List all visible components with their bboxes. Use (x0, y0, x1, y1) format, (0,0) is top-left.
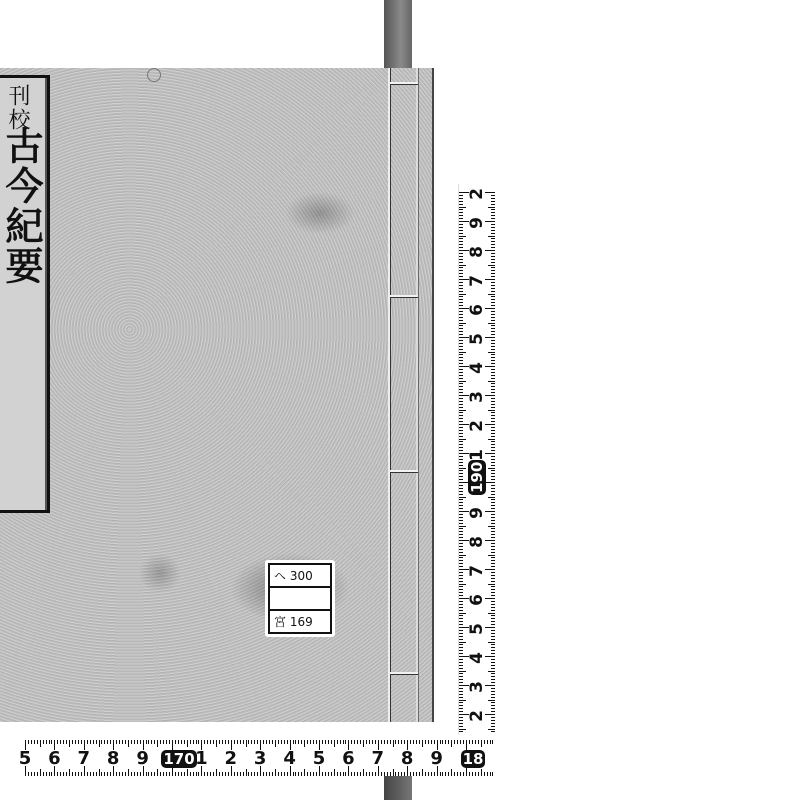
ruler-tick (363, 740, 364, 747)
ruler-tick (307, 772, 308, 776)
ruler-tick (491, 328, 495, 329)
ruler-tick (491, 705, 495, 706)
ruler-tick (175, 772, 176, 776)
ruler-tick (293, 772, 294, 776)
ruler-tick (137, 740, 138, 744)
ruler-tick (340, 772, 341, 776)
ruler-tick (398, 772, 399, 776)
ruler-tick (491, 537, 495, 538)
ruler-tick (287, 772, 288, 776)
ruler-tick (307, 740, 308, 744)
ruler-tick (459, 676, 463, 677)
ruler-tick (459, 305, 463, 306)
ruler-tick (193, 772, 194, 776)
ruler-tick (491, 369, 495, 370)
ruler-tick (228, 772, 229, 776)
ruler-tick (363, 769, 364, 776)
ruler-label: 4 (467, 357, 487, 379)
ruler-tick (351, 740, 352, 744)
ruler-tick (491, 702, 495, 703)
label-row-1: ヘ 300 (270, 565, 330, 588)
ruler-tick (491, 320, 495, 321)
ruler-tick (459, 392, 463, 393)
ruler-tick (384, 772, 385, 776)
ruler-tick (243, 772, 244, 776)
ruler-tick (491, 404, 495, 405)
ruler-tick (246, 769, 247, 776)
ruler-tick (491, 711, 495, 712)
ruler-tick (491, 679, 495, 680)
ruler-tick (459, 270, 463, 271)
ruler-tick (187, 740, 188, 747)
ruler-tick (491, 360, 495, 361)
ruler-tick (351, 772, 352, 776)
ruler-tick (248, 740, 249, 744)
ruler-tick (151, 740, 152, 744)
ruler-label: 8 (467, 531, 487, 553)
ruler-tick (459, 578, 463, 579)
ruler-tick (491, 447, 495, 448)
ruler-tick (459, 215, 463, 216)
ruler-tick (491, 462, 495, 463)
ruler-tick (459, 517, 463, 518)
ruler-tick (491, 636, 495, 637)
ruler-tick (322, 740, 323, 744)
binding-thread (390, 672, 418, 674)
ruler-tick (272, 740, 273, 744)
ruler-tick (491, 607, 495, 608)
ruler-tick (491, 259, 495, 260)
ruler-tick (459, 491, 463, 492)
ruler-tick (491, 209, 495, 210)
ruler-tick (491, 296, 495, 297)
spine-fold-line (388, 68, 390, 722)
ruler-tick (491, 465, 495, 466)
ruler-tick (90, 772, 91, 776)
ruler-tick (157, 740, 158, 747)
ruler-tick (459, 447, 463, 448)
ruler-tick (488, 613, 495, 614)
ruler-tick (459, 537, 463, 538)
ruler-tick (210, 772, 211, 776)
ruler-tick (459, 459, 463, 460)
ruler-tick (459, 273, 463, 274)
ruler-tick (491, 610, 495, 611)
ruler-label: 18 (455, 748, 491, 769)
ruler-tick (488, 642, 495, 643)
ruler-label: 7 (467, 270, 487, 292)
ruler-tick (491, 441, 495, 442)
ruler-tick (491, 731, 495, 732)
ruler-label: 5 (309, 748, 329, 769)
ruler-tick (459, 592, 463, 593)
ruler-tick (459, 586, 463, 587)
ruler-tick (281, 740, 282, 744)
ruler-tick (459, 633, 463, 634)
ruler-tick (101, 740, 102, 744)
ruler-tick (281, 772, 282, 776)
ruler-tick (491, 288, 495, 289)
ruler-tick (246, 740, 247, 747)
ruler-tick (491, 557, 495, 558)
ruler-tick (81, 740, 82, 744)
ruler-tick (404, 740, 405, 744)
ruler-tick (459, 320, 463, 321)
ruler-tick (72, 772, 73, 776)
ruler-tick (459, 575, 463, 576)
ruler-tick (459, 705, 463, 706)
ruler-tick (491, 253, 495, 254)
ruler-tick (459, 386, 463, 387)
circular-stamp-mark (147, 68, 161, 82)
ruler-tick (51, 772, 52, 776)
ruler-tick (459, 209, 463, 210)
ruler-tick (488, 236, 495, 237)
ruler-tick (93, 772, 94, 776)
ruler-tick (295, 772, 296, 776)
ruler-tick (484, 740, 485, 744)
ruler-tick (488, 381, 495, 382)
ruler-tick (459, 430, 463, 431)
ruler-tick (178, 772, 179, 776)
ruler-tick (459, 650, 463, 651)
ruler-tick (301, 740, 302, 744)
ruler-tick (459, 534, 463, 535)
ruler-tick (240, 772, 241, 776)
ruler-tick (69, 740, 70, 747)
ruler-tick (295, 740, 296, 744)
ruler-tick (459, 427, 463, 428)
ruler-tick (451, 740, 452, 747)
ruler-tick (28, 772, 29, 776)
ruler-tick (272, 772, 273, 776)
ruler-tick (491, 363, 495, 364)
ruler-tick (140, 740, 141, 744)
ruler-tick (372, 740, 373, 744)
ruler-tick (257, 772, 258, 776)
ruler-tick (322, 772, 323, 776)
ruler-tick (251, 772, 252, 776)
ruler-tick (459, 566, 463, 567)
ruler-tick (459, 241, 463, 242)
ruler-tick (213, 772, 214, 776)
ruler-tick (459, 334, 463, 335)
ruler-tick (354, 740, 355, 744)
ruler-tick (459, 560, 463, 561)
ruler-tick (491, 682, 495, 683)
ruler-tick (151, 772, 152, 776)
ruler-tick (459, 639, 463, 640)
ruler-tick (459, 514, 463, 515)
ruler-tick (278, 740, 279, 744)
ruler-label: 9 (427, 748, 447, 769)
ruler-tick (459, 697, 463, 698)
ruler-tick (37, 740, 38, 744)
ruler-tick (293, 740, 294, 744)
ruler-tick (40, 769, 41, 776)
ruler-tick (146, 772, 147, 776)
ruler-tick (488, 323, 495, 324)
ruler-tick (491, 224, 495, 225)
ruler-tick (301, 772, 302, 776)
ruler-tick (491, 688, 495, 689)
ruler-tick (459, 450, 463, 451)
ruler-tick (31, 772, 32, 776)
ruler-tick (419, 772, 420, 776)
ruler-tick (375, 772, 376, 776)
ruler-tick (491, 444, 495, 445)
ruler-tick (491, 430, 495, 431)
ruler-tick (459, 528, 463, 529)
ruler-label: 3 (467, 386, 487, 408)
ruler-tick (459, 465, 463, 466)
ruler-tick (119, 740, 120, 744)
ruler-tick (459, 505, 463, 506)
ruler-tick (491, 227, 495, 228)
ruler-tick (459, 729, 466, 730)
ruler-tick (459, 317, 463, 318)
ruler-tick (369, 740, 370, 744)
ruler-tick (491, 230, 495, 231)
ruler-tick (69, 769, 70, 776)
ruler-tick (475, 740, 476, 744)
ruler-tick (491, 470, 495, 471)
ruler-tick (459, 589, 463, 590)
ruler-tick (243, 740, 244, 744)
ruler-tick (178, 740, 179, 744)
ruler-tick (459, 702, 463, 703)
ruler-tick (313, 740, 314, 744)
ruler-tick (491, 621, 495, 622)
ruler-tick (187, 769, 188, 776)
ruler-tick (459, 436, 463, 437)
ruler-tick (169, 772, 170, 776)
ruler-tick (110, 740, 111, 744)
ruler-tick (491, 389, 495, 390)
ruler-tick (459, 256, 463, 257)
ruler-tick (487, 772, 488, 776)
ruler-tick (491, 407, 495, 408)
ruler-tick (316, 740, 317, 744)
ruler-tick (491, 433, 495, 434)
ruler-tick (340, 740, 341, 744)
ruler-label: 2 (467, 183, 487, 205)
ruler-tick (459, 375, 463, 376)
ruler-label: 3 (467, 676, 487, 698)
ruler-tick (428, 740, 429, 744)
ruler-tick (459, 288, 463, 289)
ruler-tick (445, 740, 446, 744)
ruler-tick (459, 444, 463, 445)
ruler-tick (491, 523, 495, 524)
ruler-tick (459, 276, 463, 277)
ruler-tick (488, 265, 495, 266)
ruler-tick (459, 665, 463, 666)
ruler-tick (34, 740, 35, 744)
ruler-tick (459, 731, 463, 732)
ruler-label: 9 (133, 748, 153, 769)
ruler-tick (104, 740, 105, 744)
ruler-tick (459, 636, 463, 637)
ruler-tick (459, 421, 463, 422)
ruler-tick (416, 740, 417, 744)
ruler-tick (107, 740, 108, 744)
ruler-tick (459, 642, 466, 643)
ruler-label: 6 (467, 589, 487, 611)
ruler-tick (216, 769, 217, 776)
ruler-tick (384, 740, 385, 744)
ruler-tick (459, 555, 466, 556)
ruler-tick (459, 717, 463, 718)
ruler-tick (491, 218, 495, 219)
ruler-tick (491, 305, 495, 306)
ruler-tick (419, 740, 420, 744)
ruler-tick (459, 398, 463, 399)
ruler-tick (459, 230, 463, 231)
ruler-tick (122, 740, 123, 744)
ruler-tick (190, 772, 191, 776)
ruler-tick (459, 381, 466, 382)
ruler-tick (207, 772, 208, 776)
ruler-tick (101, 772, 102, 776)
ruler-tick (457, 772, 458, 776)
ruler-label: 1 (191, 748, 211, 769)
ruler-tick (63, 772, 64, 776)
ruler-tick (49, 772, 50, 776)
ruler-tick (491, 508, 495, 509)
ruler-tick (491, 357, 495, 358)
ruler-tick (492, 740, 493, 744)
ruler-tick (440, 772, 441, 776)
ruler-tick (488, 555, 495, 556)
ruler-tick (491, 676, 495, 677)
ruler-tick (491, 517, 495, 518)
ruler-tick (60, 772, 61, 776)
ruler-tick (481, 769, 482, 776)
ruler-tick (357, 772, 358, 776)
ruler-tick (491, 589, 495, 590)
ruler-tick (472, 772, 473, 776)
ruler-tick (310, 772, 311, 776)
ruler-tick (459, 218, 463, 219)
ruler-tick (459, 401, 463, 402)
ruler-tick (459, 497, 466, 498)
ruler-tick (204, 772, 205, 776)
ruler-tick (216, 740, 217, 747)
ruler-tick (491, 563, 495, 564)
ruler-tick (491, 528, 495, 529)
ruler-tick (491, 241, 495, 242)
ruler-tick (491, 723, 495, 724)
ruler-tick (491, 201, 495, 202)
ruler-tick (491, 285, 495, 286)
ruler-label: 2 (467, 705, 487, 727)
ruler-tick (166, 772, 167, 776)
ruler-tick (134, 740, 135, 744)
ruler-tick (375, 740, 376, 744)
ruler-tick (460, 740, 461, 744)
ruler-tick (459, 470, 463, 471)
ruler-tick (491, 566, 495, 567)
ruler-tick (491, 491, 495, 492)
ruler-tick (184, 772, 185, 776)
ruler-tick (491, 697, 495, 698)
ruler-tick (381, 772, 382, 776)
ruler-tick (488, 410, 495, 411)
ruler-tick (459, 476, 463, 477)
ruler-tick (360, 740, 361, 744)
ruler-tick (166, 740, 167, 744)
ruler-tick (137, 772, 138, 776)
binding-thread (390, 82, 418, 84)
ruler-tick (459, 198, 463, 199)
ruler-tick (459, 259, 463, 260)
ruler-tick (107, 772, 108, 776)
ruler-tick (404, 772, 405, 776)
ruler-tick (459, 671, 466, 672)
horizontal-ruler: 5678917012345678918 (22, 740, 497, 776)
ruler-label: 6 (44, 748, 64, 769)
ruler-tick (416, 772, 417, 776)
ruler-tick (481, 740, 482, 747)
ruler-tick (459, 378, 463, 379)
ruler-tick (491, 375, 495, 376)
ruler-tick (390, 772, 391, 776)
ruler-tick (488, 700, 495, 701)
ruler-tick (491, 427, 495, 428)
ruler-tick (459, 418, 463, 419)
ruler-tick (459, 439, 466, 440)
ruler-tick (445, 772, 446, 776)
ruler-tick (266, 740, 267, 744)
ruler-tick (491, 273, 495, 274)
ruler-tick (310, 740, 311, 744)
ruler-tick (459, 407, 463, 408)
ruler-tick (459, 488, 463, 489)
ruler-tick (459, 644, 463, 645)
ruler-label: 7 (467, 560, 487, 582)
ruler-tick (160, 740, 161, 744)
ruler-tick (459, 195, 463, 196)
ruler-tick (459, 468, 466, 469)
ruler-tick (469, 740, 470, 744)
ruler-tick (337, 772, 338, 776)
ruler-tick (491, 485, 495, 486)
ruler-label: 5 (467, 328, 487, 350)
ruler-tick (491, 572, 495, 573)
ruler-tick (431, 772, 432, 776)
ruler-label: 3 (250, 748, 270, 769)
ruler-tick (491, 549, 495, 550)
ruler-tick (488, 671, 495, 672)
call-number-label: ヘ 300 宮 169 (265, 560, 335, 637)
ruler-tick (459, 285, 463, 286)
ruler-tick (254, 740, 255, 744)
ruler-tick (43, 740, 44, 744)
ruler-tick (469, 772, 470, 776)
ruler-tick (459, 294, 466, 295)
ruler-tick (488, 468, 495, 469)
ruler-tick (459, 410, 466, 411)
ruler-label: 190 (467, 473, 487, 495)
ruler-tick (459, 679, 463, 680)
ruler-tick (248, 772, 249, 776)
ruler-tick (491, 299, 495, 300)
ruler-tick (234, 740, 235, 744)
ruler-tick (60, 740, 61, 744)
ruler-tick (459, 621, 463, 622)
ruler-tick (459, 352, 466, 353)
